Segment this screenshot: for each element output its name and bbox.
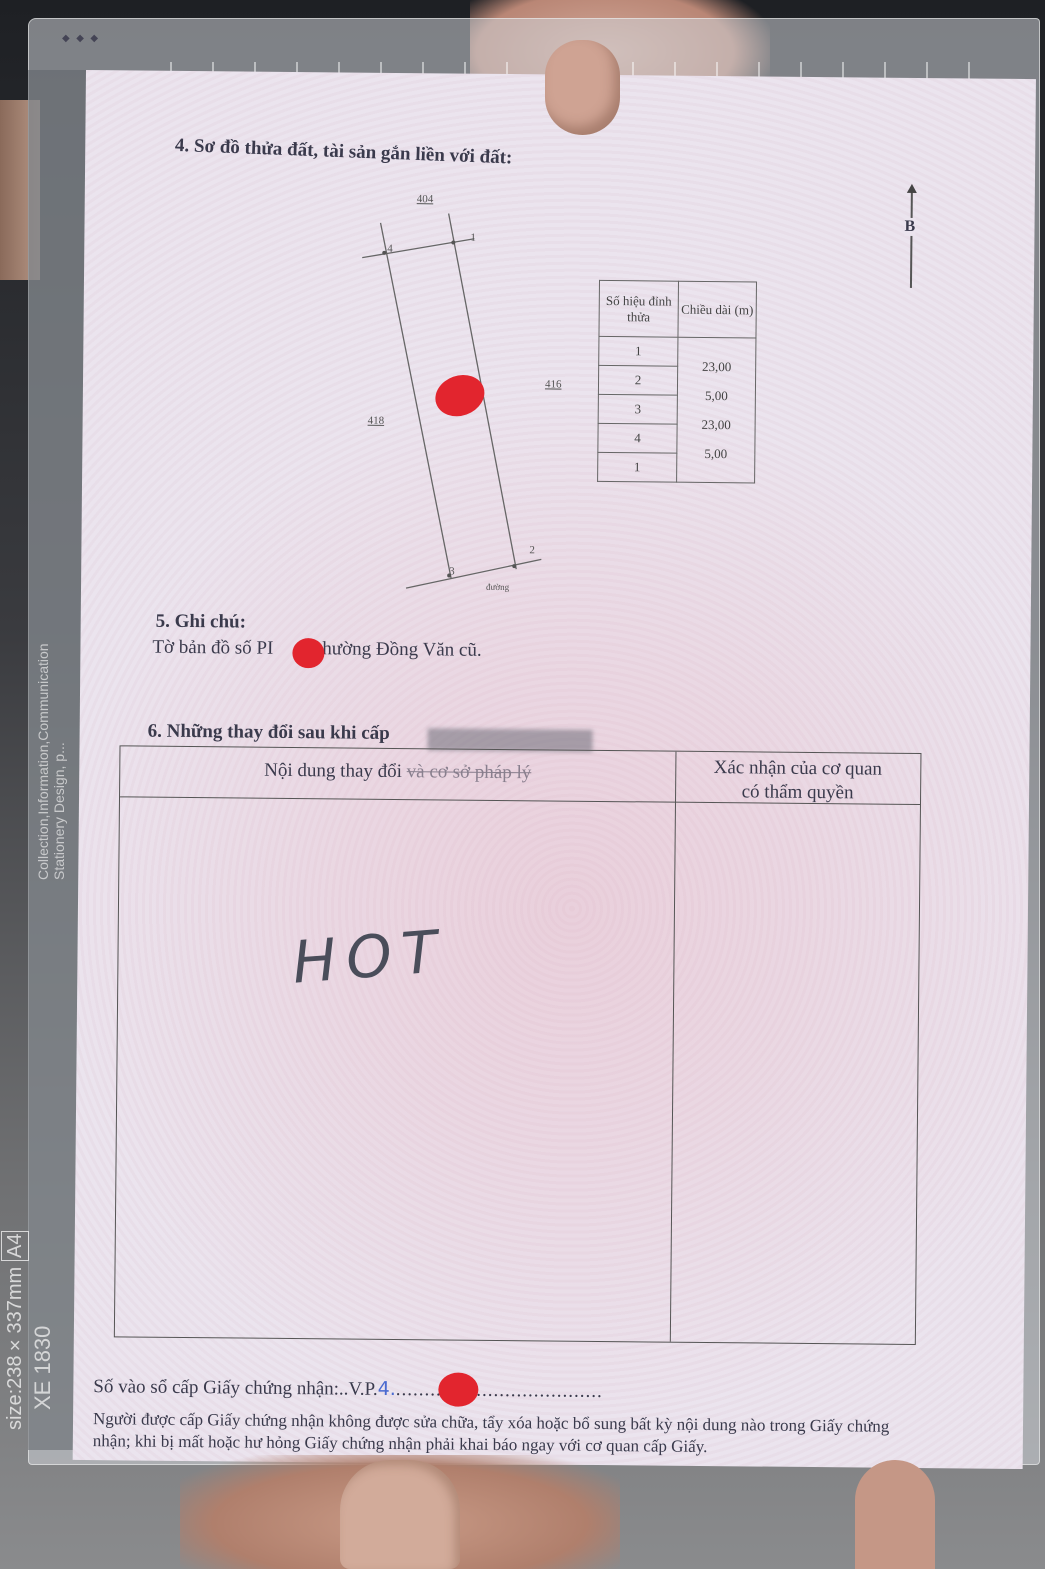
register-label: Số vào sổ cấp Giấy chứng nhận:..V.P. xyxy=(93,1376,378,1400)
thumb-top xyxy=(545,40,620,135)
north-label: B xyxy=(904,218,915,236)
table-vertex: 2 xyxy=(598,365,677,395)
notice-text: Người được cấp Giấy chứng nhận không đượ… xyxy=(93,1408,923,1460)
neighbor-parcel-top: 404 xyxy=(417,193,434,205)
section6-title: 6. Những thay đổi sau khi cấp xyxy=(148,721,390,745)
table-header-vertex: Số hiệu đỉnh thửa xyxy=(599,280,679,337)
land-certificate-page: 4. Sơ đồ thửa đất, tài sản gắn liền với … xyxy=(73,70,1036,1469)
certificate-footer: Số vào sổ cấp Giấy chứng nhận:..V.P.4...… xyxy=(93,1375,924,1460)
table-vertex: 1 xyxy=(599,336,678,366)
north-arrow-icon xyxy=(910,190,913,288)
table-lengths: 23,00 5,00 23,00 5,00 xyxy=(677,337,756,483)
register-number-line: Số vào sổ cấp Giấy chứng nhận:..V.P.4...… xyxy=(93,1375,923,1406)
changes-col2-header: Xác nhận của cơ quan có thẩm quyền xyxy=(675,756,920,806)
changes-table: Nội dung thay đổi và cơ sở pháp lý Xác n… xyxy=(114,745,922,1345)
note-prefix: Tờ bản đồ số PI xyxy=(152,637,273,659)
handwritten-note: HOT xyxy=(290,917,450,997)
section4-title: 4. Sơ đồ thửa đất, tài sản gắn liền với … xyxy=(175,135,513,170)
table-header-length: Chiều dài (m) xyxy=(678,281,757,338)
north-arrowhead-icon xyxy=(907,184,917,193)
table-vertex: 1 xyxy=(598,452,677,482)
thumb-bottom xyxy=(340,1460,460,1569)
col2-header-line1: Xác nhận của cơ quan xyxy=(675,756,920,782)
finger-bottom xyxy=(855,1460,935,1569)
register-value: 4. xyxy=(378,1378,396,1400)
sleeve-size-text: size:238×337mm A4 xyxy=(4,1130,34,1430)
col1-header-struck-text: và cơ sở pháp lý xyxy=(407,761,532,783)
vertex-1-label: 1 xyxy=(470,232,476,244)
changes-col1-header: Nội dung thay đổi và cơ sở pháp lý xyxy=(120,758,675,785)
col2-header-line2: có thẩm quyền xyxy=(675,780,920,806)
neighbor-parcel-left: 418 xyxy=(368,415,385,427)
sleeve-dots: ◆ ◆ ◆ xyxy=(62,33,100,44)
redaction-register-number xyxy=(438,1372,478,1406)
vertex-length-table: Số hiệu đỉnh thửa Chiều dài (m) 1 23,00 … xyxy=(597,280,757,484)
vertex-2-label: 2 xyxy=(529,544,535,556)
col1-header-text: Nội dung thay đổi xyxy=(264,760,402,782)
length-3-4: 23,00 xyxy=(677,410,754,440)
vertex-4-label: 4 xyxy=(387,243,393,255)
neighbor-parcel-right: 416 xyxy=(545,378,562,390)
length-1-2: 23,00 xyxy=(678,352,755,382)
table-vertex: 3 xyxy=(598,394,677,424)
road-label: đường xyxy=(486,582,509,592)
table-vertex: 4 xyxy=(598,423,677,453)
section5-title: 5. Ghi chú: xyxy=(156,611,246,634)
vertex-3-label: 3 xyxy=(449,566,455,578)
redaction-map-sheet xyxy=(292,638,324,668)
length-2-3: 5,00 xyxy=(678,381,755,411)
length-4-1: 5,00 xyxy=(677,439,754,469)
sleeve-side-small-text: Collection,Information,CommunicationStat… xyxy=(35,480,65,880)
note-suffix: , phường Đồng Văn cũ. xyxy=(303,638,482,661)
